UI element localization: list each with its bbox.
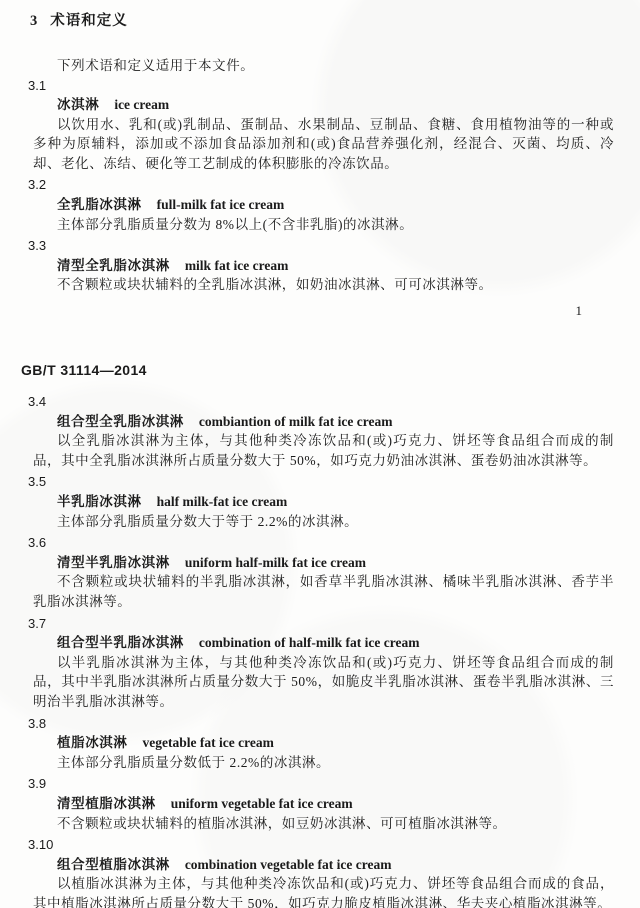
term-zh: 全乳脂冰淇淋 bbox=[57, 197, 142, 212]
term-en: combiantion of milk fat ice cream bbox=[199, 414, 393, 429]
term-en: uniform vegetable fat ice cream bbox=[171, 796, 353, 811]
scanned-standard-page: 3术语和定义 下列术语和定义适用于本文件。 3.1 冰淇淋ice cream 以… bbox=[0, 0, 640, 908]
term-title: 组合型全乳脂冰淇淋combiantion of milk fat ice cre… bbox=[57, 412, 612, 432]
term-zh: 组合型全乳脂冰淇淋 bbox=[57, 414, 184, 429]
term-zh: 清型全乳脂冰淇淋 bbox=[57, 258, 170, 273]
term-definition: 主体部分乳脂质量分数为 8%以上(不含非乳脂)的冰淇淋。 bbox=[33, 215, 614, 235]
term-en: milk fat ice cream bbox=[185, 258, 289, 273]
term-block-3-10: 3.10 组合型植脂冰淇淋combination vegetable fat i… bbox=[0, 835, 640, 908]
term-block-3-2: 3.2 全乳脂冰淇淋full-milk fat ice cream 主体部分乳脂… bbox=[0, 175, 640, 234]
term-definition: 以植脂冰淇淋为主体，与其他种类冷冻饮品和(或)巧克力、饼坯等食品组合而成的食品，… bbox=[33, 874, 614, 908]
clause-number: 3.6 bbox=[28, 533, 640, 553]
clause-number: 3.3 bbox=[28, 236, 640, 256]
clause-number: 3.2 bbox=[28, 175, 640, 195]
term-block-3-8: 3.8 植脂冰淇淋vegetable fat ice cream 主体部分乳脂质… bbox=[0, 714, 640, 773]
clause-number: 3.4 bbox=[28, 392, 640, 412]
term-block-3-4: 3.4 组合型全乳脂冰淇淋combiantion of milk fat ice… bbox=[0, 392, 640, 470]
section-title: 术语和定义 bbox=[50, 13, 128, 29]
term-block-3-1: 3.1 冰淇淋ice cream 以饮用水、乳和(或)乳制品、蛋制品、水果制品、… bbox=[0, 76, 640, 174]
term-zh: 清型半乳脂冰淇淋 bbox=[57, 555, 170, 570]
term-block-3-9: 3.9 清型植脂冰淇淋uniform vegetable fat ice cre… bbox=[0, 774, 640, 833]
term-zh: 半乳脂冰淇淋 bbox=[57, 494, 142, 509]
term-block-3-5: 3.5 半乳脂冰淇淋half milk-fat ice cream 主体部分乳脂… bbox=[0, 472, 640, 531]
term-block-3-6: 3.6 清型半乳脂冰淇淋uniform half-milk fat ice cr… bbox=[0, 533, 640, 611]
term-en: combination vegetable fat ice cream bbox=[185, 857, 392, 872]
page-break-gap bbox=[0, 320, 640, 360]
term-title: 清型植脂冰淇淋uniform vegetable fat ice cream bbox=[57, 794, 612, 814]
term-title: 清型半乳脂冰淇淋uniform half-milk fat ice cream bbox=[57, 553, 612, 573]
term-definition: 主体部分乳脂质量分数大于等于 2.2%的冰淇淋。 bbox=[33, 512, 614, 532]
term-definition: 以全乳脂冰淇淋为主体，与其他种类冷冻饮品和(或)巧克力、饼坯等食品组合而成的制品… bbox=[33, 431, 614, 470]
term-definition: 以半乳脂冰淇淋为主体，与其他种类冷冻饮品和(或)巧克力、饼坯等食品组合而成的制品… bbox=[33, 653, 614, 712]
term-definition: 以饮用水、乳和(或)乳制品、蛋制品、水果制品、豆制品、食糖、食用植物油等的一种或… bbox=[33, 115, 614, 174]
term-title: 组合型半乳脂冰淇淋combination of half-milk fat ic… bbox=[57, 633, 612, 653]
term-en: combination of half-milk fat ice cream bbox=[199, 635, 420, 650]
term-zh: 冰淇淋 bbox=[57, 97, 99, 112]
term-title: 冰淇淋ice cream bbox=[57, 95, 612, 115]
term-en: ice cream bbox=[114, 97, 169, 112]
page-number: 1 bbox=[0, 301, 582, 320]
term-block-3-3: 3.3 清型全乳脂冰淇淋milk fat ice cream 不含颗粒或块状辅料… bbox=[0, 236, 640, 295]
term-title: 清型全乳脂冰淇淋milk fat ice cream bbox=[57, 256, 612, 276]
term-zh: 清型植脂冰淇淋 bbox=[57, 796, 156, 811]
section-number: 3 bbox=[30, 13, 37, 29]
term-en: uniform half-milk fat ice cream bbox=[185, 555, 366, 570]
term-zh: 植脂冰淇淋 bbox=[57, 735, 128, 750]
term-title: 全乳脂冰淇淋full-milk fat ice cream bbox=[57, 195, 612, 215]
clause-number: 3.1 bbox=[28, 76, 640, 96]
clause-number: 3.5 bbox=[28, 472, 640, 492]
clause-number: 3.8 bbox=[28, 714, 640, 734]
clause-number: 3.9 bbox=[28, 774, 640, 794]
term-definition: 主体部分乳脂质量分数低于 2.2%的冰淇淋。 bbox=[33, 753, 614, 773]
term-title: 半乳脂冰淇淋half milk-fat ice cream bbox=[57, 492, 612, 512]
term-definition: 不含颗粒或块状辅料的全乳脂冰淇淋，如奶油冰淇淋、可可冰淇淋等。 bbox=[33, 275, 614, 295]
intro-sentence: 下列术语和定义适用于本文件。 bbox=[33, 56, 612, 76]
term-title: 组合型植脂冰淇淋combination vegetable fat ice cr… bbox=[57, 855, 612, 875]
running-header: GB/T 31114—2014 bbox=[21, 360, 640, 380]
term-en: vegetable fat ice cream bbox=[143, 735, 274, 750]
term-title: 植脂冰淇淋vegetable fat ice cream bbox=[57, 733, 612, 753]
term-definition: 不含颗粒或块状辅料的植脂冰淇淋，如豆奶冰淇淋、可可植脂冰淇淋等。 bbox=[33, 814, 614, 834]
term-en: full-milk fat ice cream bbox=[157, 197, 285, 212]
term-block-3-7: 3.7 组合型半乳脂冰淇淋combination of half-milk fa… bbox=[0, 614, 640, 712]
clause-number: 3.7 bbox=[28, 614, 640, 634]
clause-number: 3.10 bbox=[28, 835, 640, 855]
term-zh: 组合型植脂冰淇淋 bbox=[57, 857, 170, 872]
term-en: half milk-fat ice cream bbox=[157, 494, 288, 509]
section-heading: 3术语和定义 bbox=[30, 11, 612, 31]
term-definition: 不含颗粒或块状辅料的半乳脂冰淇淋，如香草半乳脂冰淇淋、橘味半乳脂冰淇淋、香芋半乳… bbox=[33, 572, 614, 611]
term-zh: 组合型半乳脂冰淇淋 bbox=[57, 635, 184, 650]
page1-content: 3术语和定义 下列术语和定义适用于本文件。 3.1 冰淇淋ice cream 以… bbox=[0, 0, 640, 908]
